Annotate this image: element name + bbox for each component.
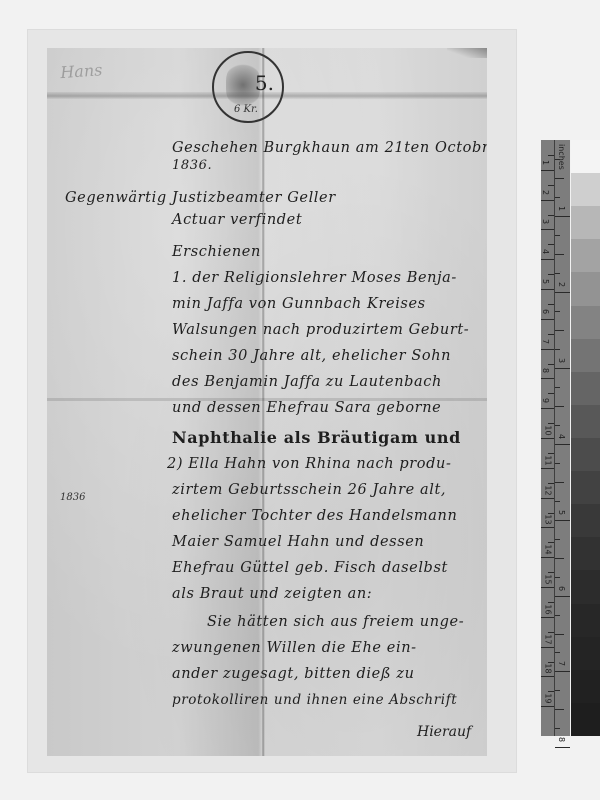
cm-tick-label: 14 (544, 545, 553, 555)
gray-step (571, 537, 600, 570)
inch-tick (555, 444, 570, 445)
inch-tick (555, 520, 570, 521)
inch-subtick (555, 577, 560, 578)
inch-subtick (555, 178, 564, 179)
half-cm-tick (548, 364, 554, 365)
half-cm-tick (548, 244, 554, 245)
half-cm-tick (548, 393, 554, 394)
cm-tick (541, 557, 554, 558)
inch-subtick (555, 539, 560, 540)
text-line: zwungenen Willen die Ehe ein- (172, 640, 417, 656)
gray-step (571, 372, 600, 405)
text-line: schein 30 Jahre alt, ehelicher Sohn (172, 348, 451, 364)
half-cm-tick (548, 662, 554, 663)
cm-tick-label: 16 (544, 604, 553, 614)
inch-tick-label: 8 (557, 737, 566, 742)
inch-subtick (555, 501, 560, 502)
inch-subtick (555, 615, 560, 616)
inch-subtick (555, 311, 560, 312)
half-cm-tick (548, 274, 554, 275)
inch-tick (555, 596, 570, 597)
cm-tick-label: 13 (544, 515, 553, 525)
cm-tick (541, 498, 554, 499)
cm-tick (541, 229, 554, 230)
cm-tick (541, 259, 554, 260)
text-line: Naphthalie als Bräutigam und (172, 428, 461, 447)
gray-step (571, 405, 600, 438)
ruler-units-label: inches (557, 144, 566, 170)
half-cm-tick (548, 155, 554, 156)
text-line: protokolliren und ihnen eine Abschrift (172, 692, 457, 708)
inch-subtick (555, 273, 560, 274)
inch-subtick (555, 463, 560, 464)
text-line: 1. der Religionslehrer Moses Benja- (172, 270, 457, 286)
half-cm-tick (548, 572, 554, 573)
closing-word: Hierauf (417, 724, 471, 740)
cm-tick-label: 1 (541, 160, 550, 165)
cm-tick (541, 319, 554, 320)
text-line: Geschehen Burgkhaun am 21ten Octobr. (172, 140, 487, 156)
cm-tick-label: 6 (541, 309, 550, 314)
text-line: Erschienen (172, 244, 261, 260)
gray-step (571, 339, 600, 372)
text-line: 1836. (172, 158, 212, 173)
corner-crease (447, 48, 487, 58)
half-cm-tick (548, 215, 554, 216)
text-line: ander zugesagt, bitten dieß zu (172, 666, 415, 682)
half-cm-tick (548, 334, 554, 335)
cm-tick-label: 17 (544, 634, 553, 644)
inch-subtick (555, 197, 560, 198)
text-line: Actuar verfindet (172, 212, 302, 228)
gray-step (571, 272, 600, 305)
text-line: des Benjamin Jaffa zu Lautenbach (172, 374, 442, 390)
seal-number: 5. (255, 71, 274, 95)
document-page: Hans 5. 6 Kr. Geschehen Burgkhaun am 21t… (47, 48, 487, 756)
half-cm-tick (548, 304, 554, 305)
cm-tick (541, 170, 554, 171)
text-line: Maier Samuel Hahn und dessen (172, 534, 424, 550)
measurement-ruler: inches 12345678910111213141516171819 123… (541, 140, 570, 736)
half-cm-tick (548, 423, 554, 424)
text-line: min Jaffa von Gunnbach Kreises (172, 296, 426, 312)
cm-tick-label: 9 (541, 398, 550, 403)
tax-seal-stamp: 5. 6 Kr. (212, 51, 284, 123)
inch-subtick (555, 159, 560, 160)
text-line: ehelicher Tochter des Handelsmann (172, 508, 457, 524)
inch-tick (555, 671, 570, 672)
cm-tick (541, 378, 554, 379)
gray-step (571, 604, 600, 637)
inch-tick (555, 747, 570, 748)
faint-mark: Hans (60, 57, 153, 103)
cm-tick (541, 527, 554, 528)
inch-subtick (555, 425, 560, 426)
cm-tick (541, 676, 554, 677)
inch-tick-label: 6 (557, 585, 566, 590)
margin-year-note: 1836 (60, 492, 85, 503)
half-cm-tick (548, 185, 554, 186)
inch-subtick (555, 709, 564, 710)
gray-step (571, 471, 600, 504)
gray-step (571, 637, 600, 670)
inch-subtick (555, 235, 560, 236)
text-line: und dessen Ehefrau Sara geborne (172, 400, 441, 416)
inch-tick-label: 5 (557, 510, 566, 515)
cm-tick-label: 18 (544, 664, 553, 674)
cm-tick-label: 5 (541, 279, 550, 284)
ruler-divider (554, 140, 555, 736)
cm-tick-label: 3 (541, 219, 550, 224)
half-cm-tick (548, 691, 554, 692)
inch-subtick (555, 254, 564, 255)
inch-subtick (555, 482, 564, 483)
gray-step (571, 239, 600, 272)
cm-tick-label: 2 (541, 190, 550, 195)
gray-step (571, 306, 600, 339)
gray-step (571, 703, 600, 736)
cm-tick (541, 200, 554, 201)
inch-tick-label: 4 (557, 434, 566, 439)
cm-tick-label: 4 (541, 249, 550, 254)
cm-tick (541, 438, 554, 439)
cm-tick (541, 468, 554, 469)
inch-tick-label: 2 (557, 282, 566, 287)
text-line: zirtem Geburtsschein 26 Jahre alt, (172, 482, 446, 498)
inch-tick-label: 7 (557, 661, 566, 666)
inch-tick-label: 1 (557, 206, 566, 211)
cm-tick-label: 12 (544, 485, 553, 495)
inch-tick (555, 368, 570, 369)
inch-tick (555, 292, 570, 293)
text-line: Ehefrau Güttel geb. Fisch daselbst (172, 560, 448, 576)
seal-subtext: 6 Kr. (234, 104, 258, 115)
text-line: als Braut und zeigten an: (172, 586, 372, 602)
gray-step (571, 140, 600, 173)
half-cm-tick (548, 453, 554, 454)
cm-tick (541, 408, 554, 409)
gray-step (571, 670, 600, 703)
half-cm-tick (548, 513, 554, 514)
cm-tick (541, 349, 554, 350)
inch-tick (555, 216, 570, 217)
cm-tick-label: 19 (544, 694, 553, 704)
text-line: Walsungen nach produzirtem Geburt- (172, 322, 469, 338)
gray-step (571, 438, 600, 471)
cm-tick (541, 587, 554, 588)
inch-subtick (555, 558, 564, 559)
cm-tick-label: 10 (544, 425, 553, 435)
inch-subtick (555, 349, 560, 350)
inch-subtick (555, 330, 564, 331)
inch-subtick (555, 690, 560, 691)
cm-tick (541, 706, 554, 707)
cm-tick (541, 647, 554, 648)
cm-tick (541, 289, 554, 290)
half-cm-tick (548, 632, 554, 633)
gray-scale-calibration-strip (571, 140, 600, 736)
gray-step (571, 504, 600, 537)
cm-tick-label: 15 (544, 574, 553, 584)
gray-step (571, 570, 600, 603)
half-cm-tick (548, 602, 554, 603)
half-cm-tick (548, 542, 554, 543)
inch-subtick (555, 652, 560, 653)
cm-tick-label: 11 (544, 455, 553, 465)
gray-step (571, 173, 600, 206)
inch-tick-label: 3 (557, 358, 566, 363)
text-line: Sie hätten sich aus freiem unge- (207, 614, 464, 630)
inch-subtick (555, 387, 560, 388)
text-line: 2) Ella Hahn von Rhina nach produ- (167, 456, 451, 472)
text-line: Gegenwärtig Justizbeamter Geller (65, 190, 336, 206)
cm-tick (541, 617, 554, 618)
gray-step (571, 206, 600, 239)
cm-tick-label: 7 (541, 339, 550, 344)
inch-subtick (555, 634, 564, 635)
cm-tick-label: 8 (541, 368, 550, 373)
inch-subtick (555, 728, 560, 729)
half-cm-tick (548, 483, 554, 484)
inch-subtick (555, 406, 564, 407)
